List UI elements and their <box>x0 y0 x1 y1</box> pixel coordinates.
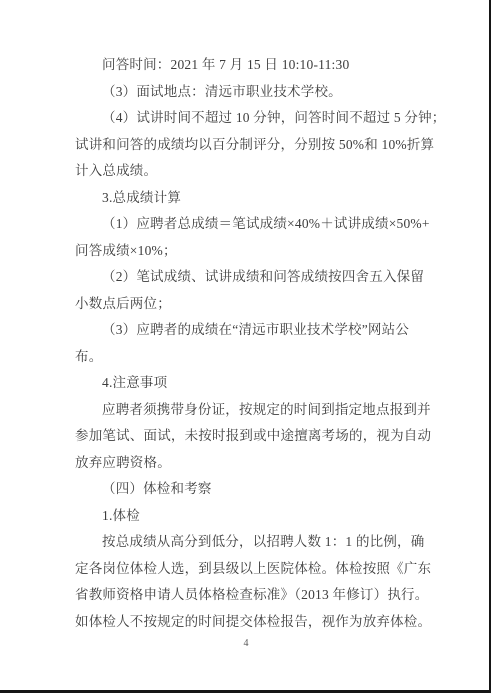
text-line: （四）体检和考察 <box>75 476 421 503</box>
scan-edge-bottom-border <box>0 690 491 693</box>
text-line: 定各岗位体检人选，到县级以上医院体检。体检按照《广东 <box>75 556 421 583</box>
text-line: 应聘者须携带身份证，按规定的时间到指定地点报到并 <box>75 397 421 424</box>
document-page: 问答时间：2021 年 7 月 15 日 10:10-11:30 （3）面试地点… <box>0 0 492 696</box>
text-line: 计入总成绩。 <box>75 158 421 185</box>
document-body: 问答时间：2021 年 7 月 15 日 10:10-11:30 （3）面试地点… <box>75 52 421 635</box>
text-line: 小数点后两位； <box>75 291 421 318</box>
text-line: 参加笔试、面试，未按时报到或中途擅离考场的，视为自动 <box>75 423 421 450</box>
text-line: 按总成绩从高分到低分，以招聘人数 1：1 的比例，确 <box>75 529 421 556</box>
text-line: 放弃应聘资格。 <box>75 450 421 477</box>
text-line: 1.体检 <box>75 503 421 530</box>
text-line: 问答时间：2021 年 7 月 15 日 10:10-11:30 <box>75 52 421 79</box>
text-line: 4.注意事项 <box>75 370 421 397</box>
text-line: 问答成绩×10%； <box>75 238 421 265</box>
text-line: 省教师资格申请人员体格检查标准》（2013 年修订）执行。 <box>75 582 421 609</box>
page-number: 4 <box>0 637 492 651</box>
text-line: （4）试讲时间不超过 10 分钟，问答时间不超过 5 分钟； <box>75 105 421 132</box>
text-line: 如体检人不按规定的时间提交体检报告，视作为放弃体检。 <box>75 609 421 636</box>
text-line: 试讲和问答的成绩均以百分制评分，分别按 50%和 10%折算 <box>75 132 421 159</box>
text-line: （2）笔试成绩、试讲成绩和问答成绩按四舍五入保留 <box>75 264 421 291</box>
text-line: 3.总成绩计算 <box>75 185 421 212</box>
scan-edge-right-border <box>489 0 491 693</box>
text-line: （3）面试地点：清远市职业技术学校。 <box>75 79 421 106</box>
text-line: （3）应聘者的成绩在“清远市职业技术学校”网站公 <box>75 317 421 344</box>
text-line: 布。 <box>75 344 421 371</box>
text-line: （1）应聘者总成绩＝笔试成绩×40%＋试讲成绩×50%+ <box>75 211 421 238</box>
